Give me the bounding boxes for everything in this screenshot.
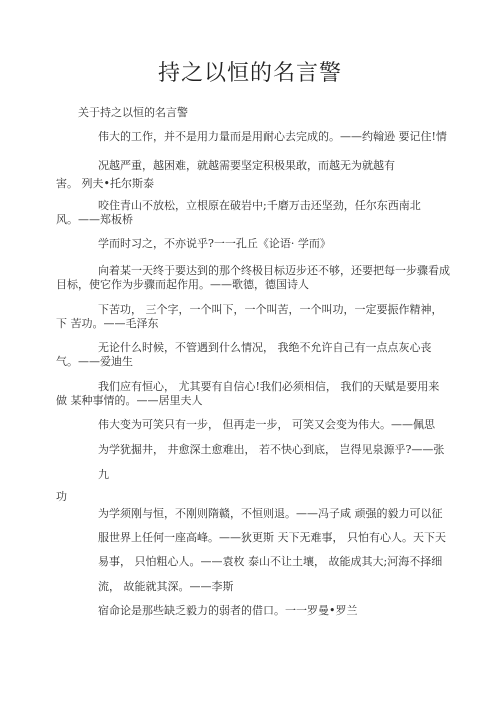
quote-line: 易事， 只怕粗心人。——袁枚 泰山不让土壤， 故能成其大;河海不择细 <box>98 555 442 568</box>
quote-line: 下苦功， 三个字，一个叫下，一个叫苦，一个叫功，一定要振作精神， <box>98 303 443 316</box>
quote-line: 目标，使它作为步骤而起作用。——歌德，德国诗人 <box>56 278 309 291</box>
quote-line: 流， 故能就其深。——李斯 <box>98 580 234 593</box>
quote-line: 下 苦功。——毛泽东 <box>56 317 159 330</box>
page-title: 持之以恒的名言警 <box>0 56 500 87</box>
quote-line: 为学须刚与恒，不刚则隋赣，不恒则退。——冯子咸 顽强的毅力可以征 <box>98 507 443 520</box>
quote-line: 服世界上任何一座高峰。——狄更斯 天下无难事， 只怕有心人。天下天 <box>98 531 446 544</box>
quote-line: 为学犹掘井， 井愈深土愈难出， 若不快心到底， 岂得见泉源乎?——张 <box>98 443 444 456</box>
quote-line: 无论什么时候，不管遇到什么情况， 我绝不允许自己有一点点灰心丧 <box>98 341 432 354</box>
quote-line: 伟大的工作，并不是用力量而是用耐心去完成的。——约翰逊 要记住!情 <box>98 130 447 143</box>
quote-line: 学而时习之，不亦说乎?一一孔丘《论语· 学而》 <box>98 237 331 250</box>
quote-line: 九 <box>98 468 109 481</box>
quote-line: 功 <box>56 490 67 503</box>
section-heading: 关于持之以恒的名言警 <box>78 106 188 119</box>
quote-line: 害。 列夫•托尔斯泰 <box>56 177 154 190</box>
quote-line: 况越严重，越困难，就越需要坚定积极果敢，而越无为就越有 <box>98 159 395 172</box>
quote-line: 宿命论是那些缺乏毅力的弱者的借口。一一罗曼•罗兰 <box>98 604 358 617</box>
quote-line: 风。——郑板桥 <box>56 213 133 226</box>
quote-line: 向着某一天终于要达到的那个终极目标迈步还不够，还要把每一步骤看成 <box>98 264 450 277</box>
quote-line: 咬住青山不放松，立根原在破岩中;千磨万击还坚劲，任尔东西南北 <box>98 199 421 212</box>
quote-line: 气。——爱迪生 <box>56 355 133 368</box>
quote-line: 我们应有恒心， 尤其要有自信心!我们必须相信， 我们的天赋是要用来 <box>98 380 439 393</box>
quote-line: 伟大变为可笑只有一步， 但再走一步， 可笑又会变为伟大。——佩思 <box>98 418 435 431</box>
quote-line: 做 某种事情的。——居里夫人 <box>56 394 203 407</box>
